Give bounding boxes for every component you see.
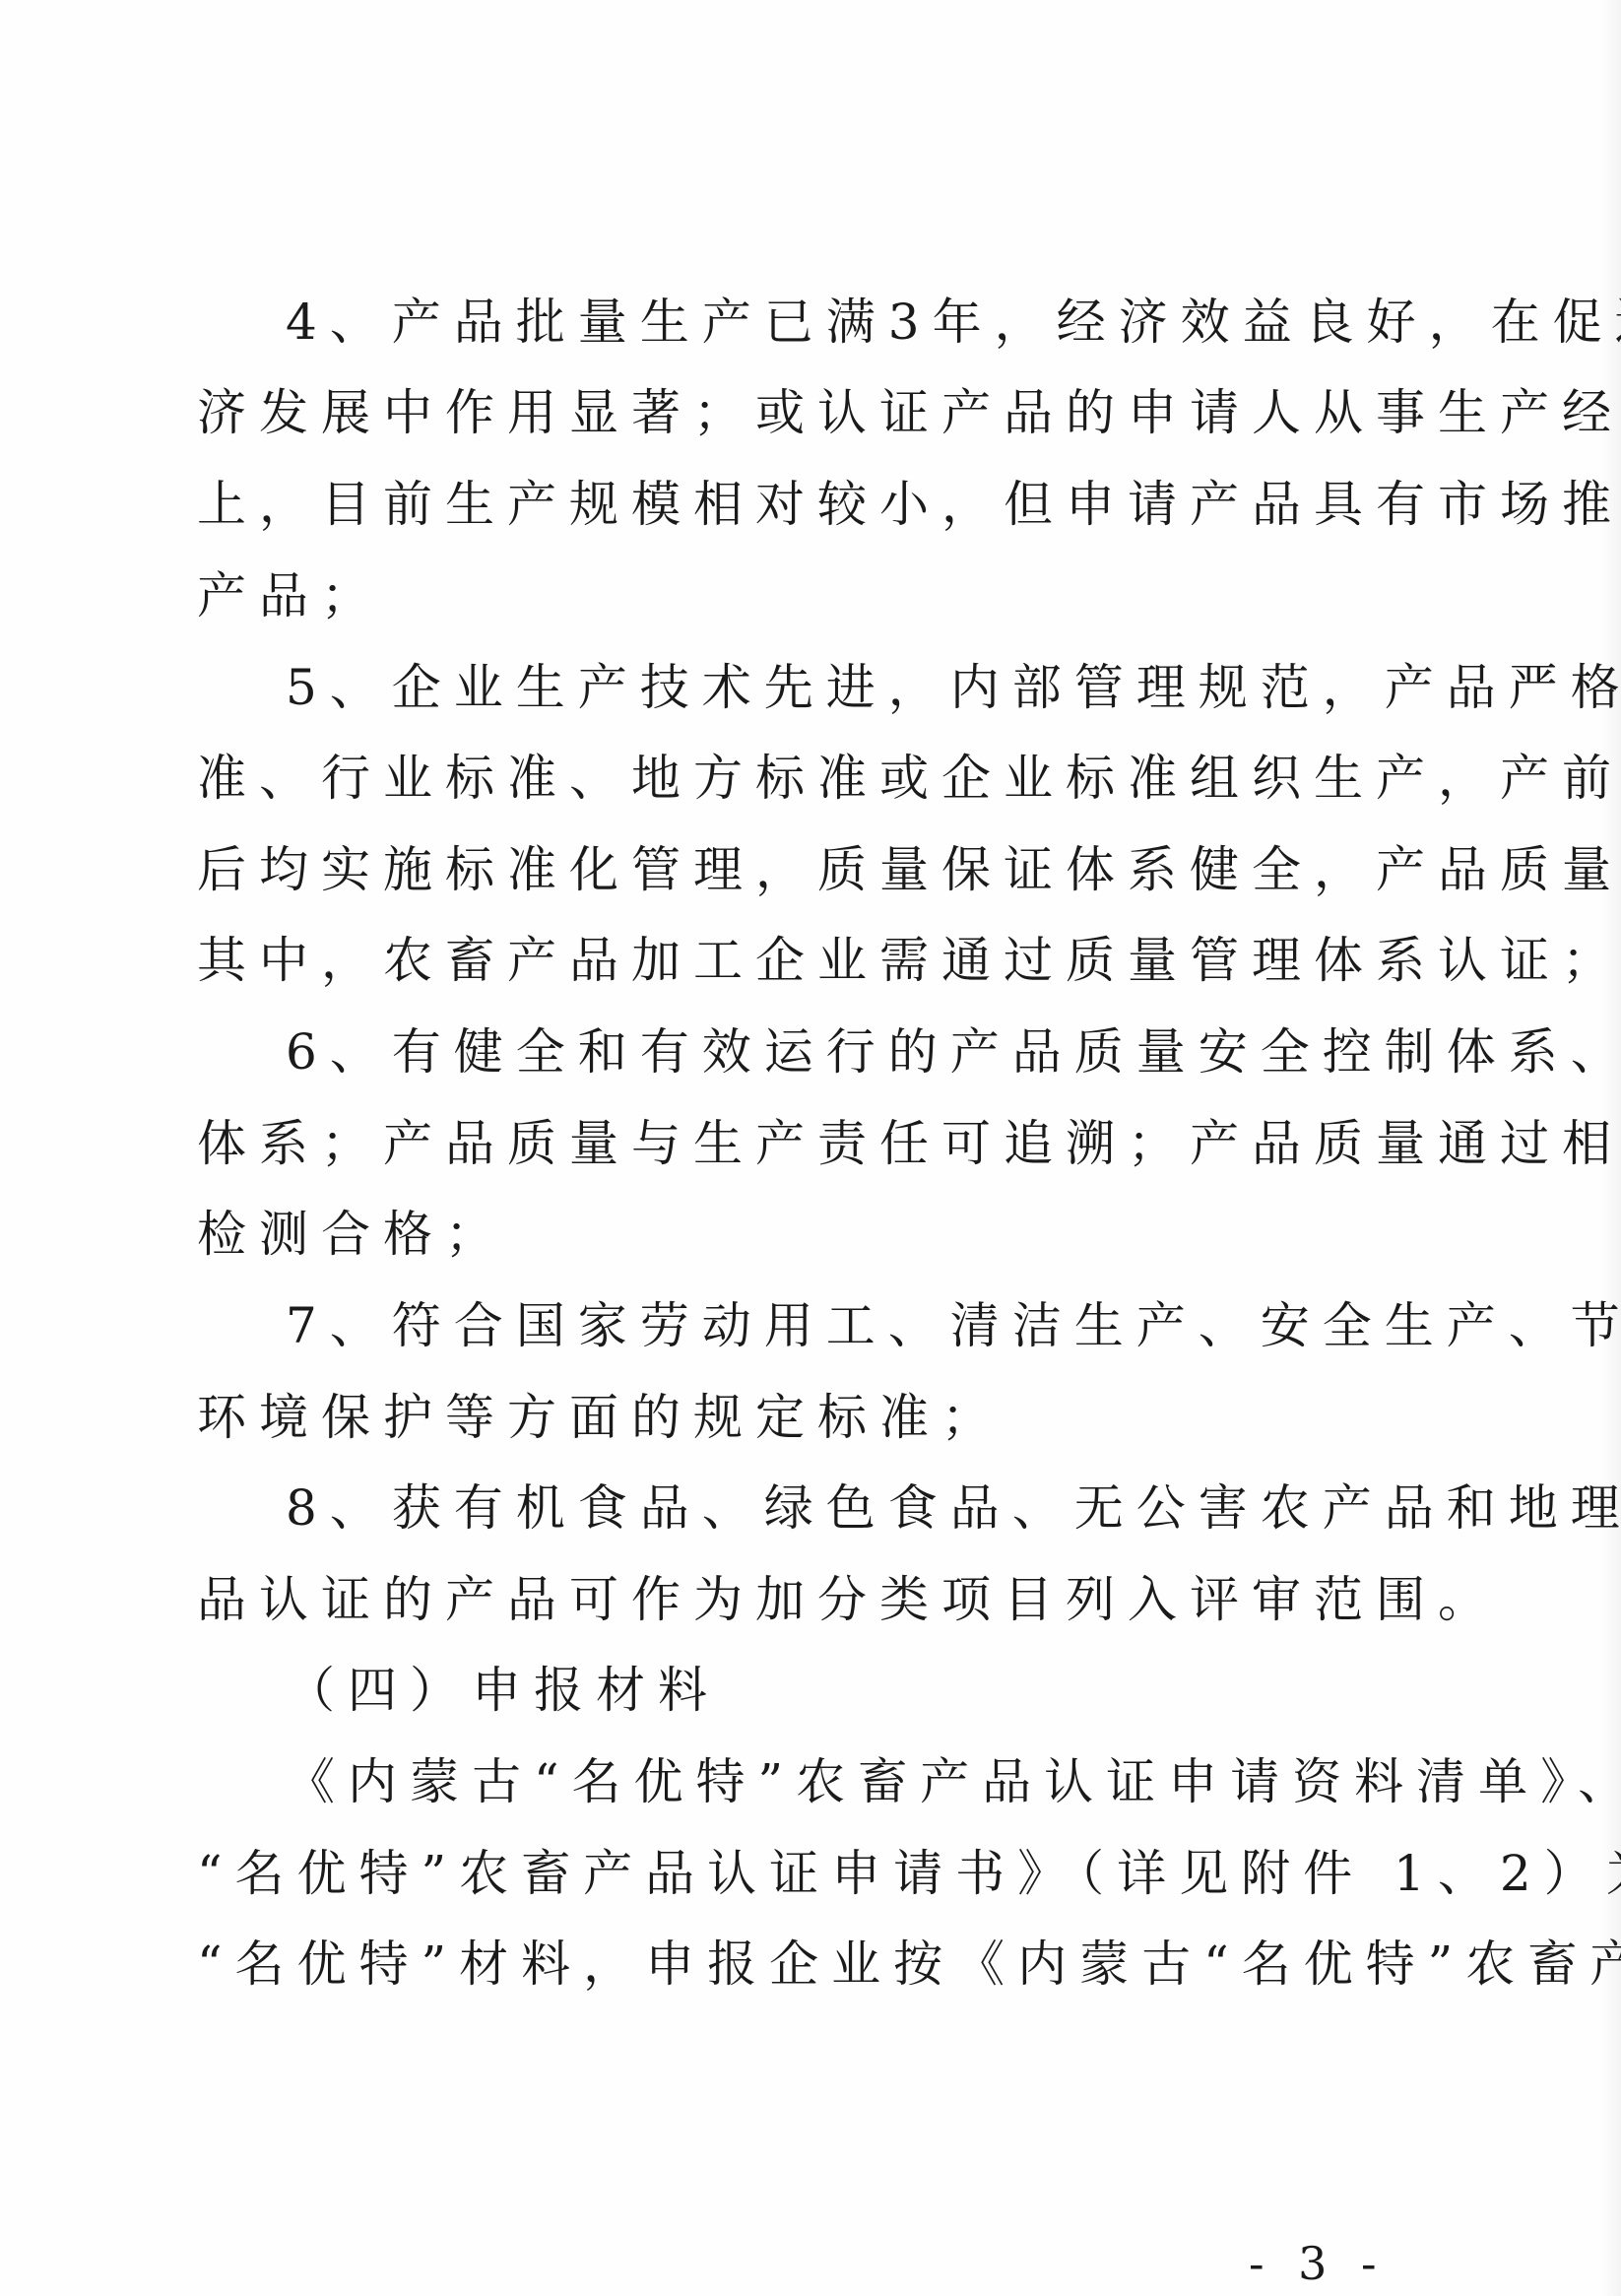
item-7-line-2: 环境保护等方面的规定标准； <box>197 1388 1389 1447</box>
materials-line-1: 《内蒙古“名优特”农畜产品认证申请资料清单》、《内蒙古 <box>286 1752 1389 1811</box>
item-6-line-2: 体系；产品质量与生产责任可追溯；产品质量通过相关检测机构 <box>197 1114 1389 1173</box>
materials-line-3: “名优特”材料，申报企业按《内蒙古“名优特”农畜产品认证 <box>197 1935 1389 1994</box>
item-5-line-4: 其中，农畜产品加工企业需通过质量管理体系认证； <box>197 931 1389 990</box>
item-5-line-1: 5、企业生产技术先进，内部管理规范，产品严格按国家标 <box>286 658 1389 717</box>
item-6-line-1: 6、有健全和有效运行的产品质量安全控制体系、环境保护 <box>286 1022 1389 1082</box>
item-8-line-1: 8、获有机食品、绿色食品、无公害农产品和地理标志农产 <box>286 1478 1389 1538</box>
item-7-line-1: 7、符合国家劳动用工、清洁生产、安全生产、节能降耗和 <box>286 1296 1389 1355</box>
section-heading-materials: （四）申报材料 <box>286 1661 1389 1720</box>
document-page: 4、产品批量生产已满3年，经济效益良好，在促进地方经 济发展中作用显著；或认证产… <box>0 0 1621 2296</box>
item-4-line-2: 济发展中作用显著；或认证产品的申请人从事生产经营 1 年以 <box>197 383 1389 442</box>
item-5-line-3: 后均实施标准化管理，质量保证体系健全，产品质量稳定可靠。 <box>197 840 1389 899</box>
item-4-line-1: 4、产品批量生产已满3年，经济效益良好，在促进地方经 <box>286 293 1389 352</box>
item-4-line-3: 上，目前生产规模相对较小，但申请产品具有市场推广潜力的新 <box>197 475 1389 534</box>
materials-line-2: “名优特”农畜产品认证申请书》（详见附件 1、2）为本次申报 <box>197 1844 1389 1903</box>
item-6-line-3: 检测合格； <box>197 1205 1389 1264</box>
item-5-line-2: 准、行业标准、地方标准或企业标准组织生产，产前、产中、产 <box>197 749 1389 808</box>
item-4-line-4: 产品； <box>197 566 1389 625</box>
page-number: - 3 - <box>1249 2236 1387 2291</box>
item-8-line-2: 品认证的产品可作为加分类项目列入评审范围。 <box>197 1570 1389 1629</box>
